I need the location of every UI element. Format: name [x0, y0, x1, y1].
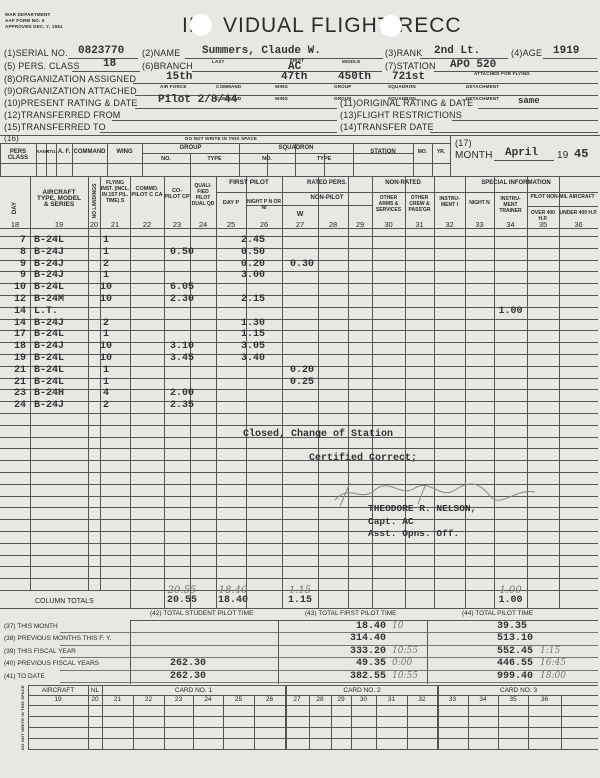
- group-subheader: NO.: [142, 156, 190, 162]
- column-number: 35: [527, 220, 559, 229]
- coding-col-header: WING: [107, 149, 142, 155]
- card-aircraft-header: AIRCRAFT: [28, 687, 88, 694]
- flight-day: 9: [0, 259, 26, 270]
- column-number: 20: [88, 220, 100, 229]
- flight-aircraft: B-24L: [34, 365, 88, 376]
- station-value: APO 520: [450, 59, 496, 71]
- coding-col-header: RTG.: [46, 149, 56, 155]
- total-pilot-value: 999.40: [497, 671, 533, 682]
- age-value: 1919: [553, 45, 579, 57]
- table-row: 21B-24L10.25: [0, 377, 598, 389]
- column-number: 28: [318, 220, 348, 229]
- transfer-date-label: (14)TRANSFER DATE: [340, 122, 434, 132]
- flight-co-pilot: 2.35: [164, 400, 200, 411]
- do-not-write-note: DO NOT WRITE IN THIS SPACE: [185, 136, 257, 141]
- flight-aircraft: B-24L: [34, 329, 88, 340]
- night-header: NIGHT N: [465, 200, 494, 206]
- flight-day: 14: [0, 318, 26, 329]
- first-pilot-value: 333.20: [350, 646, 386, 657]
- column-number: 32: [434, 220, 465, 229]
- flight-first-pilot-day: 1.30: [230, 318, 276, 329]
- flight-day: 9: [0, 270, 26, 281]
- flight-day: 21: [0, 377, 26, 388]
- flight-aircraft: B-24J: [34, 318, 88, 329]
- flight-day: 12: [0, 294, 26, 305]
- flight-first-pilot-day: 3.00: [230, 270, 276, 281]
- remark-closed: Closed, Change of Station: [243, 429, 393, 440]
- flight-day: 14: [0, 306, 26, 317]
- total-instrument-trainer-handwritten: 1.00: [494, 585, 527, 596]
- signer-title: Asst. Opns. Off.: [368, 528, 459, 539]
- card-column-number: 27: [285, 696, 309, 703]
- card-column-number: 19: [28, 696, 88, 703]
- table-row: 24B-24J22.35: [0, 400, 598, 412]
- sub-label: LAST: [212, 59, 225, 64]
- total-pilot-note: 18:00: [540, 671, 566, 681]
- column-number: 26: [246, 220, 282, 229]
- table-row: 19B-24L103.453.40: [0, 353, 598, 365]
- flight-landings: 1: [96, 365, 116, 376]
- flight-landings: 10: [96, 294, 116, 305]
- year-prefix: 19: [557, 150, 569, 161]
- total-instrument-trainer: 1.00: [494, 595, 527, 606]
- sub-label: ATTACHED FOR FLYING: [474, 71, 530, 76]
- total-co-pilot: 20.55: [164, 595, 200, 606]
- summary-row-label: (37) THIS MONTH: [4, 623, 58, 630]
- aircraft-header: AIRCRAFT TYPE, MODEL & SERIES: [34, 190, 84, 208]
- flight-landings: 1: [96, 235, 116, 246]
- card-side-note: DO NOT WRITE IN THIS SPACE: [20, 685, 25, 750]
- column-number: 29: [348, 220, 372, 229]
- column-number: 27: [282, 220, 318, 229]
- table-row: 10B-24L106.05: [0, 282, 598, 294]
- total-co-pilot-handwritten: 20.55: [164, 585, 200, 596]
- month-number: (17): [455, 138, 472, 148]
- table-row: 12B-24M102.302.15: [0, 294, 598, 306]
- under-400-header: UNDER 400 H.P.: [559, 210, 598, 216]
- flight-day: 19: [0, 353, 26, 364]
- table-row: 9B-24J13.00: [0, 270, 598, 282]
- qualified-pilot-header: QUALI-FIED PILOT DUAL QD: [190, 183, 216, 207]
- month-value: April: [505, 147, 538, 159]
- sub-label: MIDDLE: [342, 59, 360, 64]
- flight-landings: 10: [96, 282, 116, 293]
- card-1-header: CARD NO. 1: [102, 687, 285, 694]
- org-squadron: 721st: [392, 71, 425, 83]
- card-column-number: 29: [331, 696, 351, 703]
- name-label: (2)NAME: [142, 48, 180, 58]
- flight-aircraft: B-24L: [34, 235, 88, 246]
- flight-aircraft: B-24J: [34, 341, 88, 352]
- total-first-pilot-day: 18.40: [216, 595, 250, 606]
- rank-value: 2nd Lt.: [434, 45, 480, 57]
- summary-row-label: (38) PREVIOUS MONTHS THIS F. Y.: [4, 635, 111, 642]
- first-pilot-value: 314.40: [350, 633, 386, 644]
- coding-col-header: PERS CLASS: [0, 149, 36, 161]
- card-column-number: 26: [254, 696, 285, 703]
- flight-aircraft: B-24L: [34, 377, 88, 388]
- signer-rank: Capt. AC: [368, 516, 414, 527]
- flight-first-pilot-day: 2.15: [230, 294, 276, 305]
- command-pilot-header: COMMD. PILOT C CA: [130, 186, 164, 198]
- table-row: 23B-24H42.00: [0, 388, 598, 400]
- sub-label: AIR FORCE: [160, 84, 187, 89]
- column-totals-label: COLUMN TOTALS: [35, 598, 94, 605]
- summary-row-label: (40) PREVIOUS FISCAL YEARS: [4, 660, 99, 667]
- column-number: 21: [100, 220, 130, 229]
- flight-landings: 2: [96, 400, 116, 411]
- column-number: 18: [0, 220, 30, 229]
- flight-aircraft: B-24J: [34, 247, 88, 258]
- card-column-number: 20: [88, 696, 102, 703]
- column-number: 22: [130, 220, 164, 229]
- flight-first-pilot-day: 3.05: [230, 341, 276, 352]
- column-number: 31: [405, 220, 434, 229]
- coding-col-header: STATION: [353, 149, 413, 155]
- total-pilot-value: 446.55: [497, 658, 533, 669]
- column-number: 25: [216, 220, 246, 229]
- flight-non-pilot: 0.30: [286, 259, 318, 270]
- total-student-pilot-header: (42) TOTAL STUDENT PILOT TIME: [150, 610, 253, 617]
- card-column-number: 32: [407, 696, 437, 703]
- flight-landings: 10: [96, 341, 116, 352]
- total-first-pilot-day-handwritten: 18.40: [216, 585, 250, 596]
- serial-label: (1)SERIAL NO.: [4, 48, 68, 58]
- student-pilot-value: 262.30: [170, 658, 206, 669]
- flight-landings: 2: [96, 259, 116, 270]
- original-rating-value: same: [518, 96, 540, 106]
- form-title: INVIDUAL FLIGHT RECC: [182, 14, 462, 38]
- flight-non-pilot: 0.20: [286, 365, 318, 376]
- first-pilot-note: 10: [392, 621, 403, 631]
- punch-hole: [190, 14, 212, 36]
- flight-aircraft: B-24M: [34, 294, 88, 305]
- name-value: Summers, Claude W.: [202, 45, 321, 57]
- rated-pers-header: RATED PERS.: [282, 180, 372, 186]
- flight-day: 23: [0, 388, 26, 399]
- month-label: MONTH: [455, 150, 493, 161]
- flight-day: 10: [0, 282, 26, 293]
- flight-co-pilot: 2.30: [164, 294, 200, 305]
- total-first-pilot-header: (43) TOTAL FIRST PILOT TIME: [305, 610, 397, 617]
- total-non-pilot: 1.15: [282, 595, 318, 606]
- transferred-to-label: (15)TRANSFERRED TO: [4, 122, 106, 132]
- transferred-from-label: (12)TRANSFERRED FROM: [4, 110, 121, 120]
- first-pilot-day-header: DAY P: [216, 200, 246, 206]
- first-pilot-note: 10:55: [392, 646, 418, 656]
- card-3-header: CARD NO. 3: [439, 687, 598, 694]
- station-label: (7)STATION: [385, 61, 436, 71]
- day-header: DAY: [12, 195, 18, 221]
- non-rated-header: NON-RATED: [372, 180, 434, 186]
- total-pilot-note: 1:15: [540, 646, 560, 656]
- card-column-number: 22: [133, 696, 164, 703]
- flight-day: 8: [0, 247, 26, 258]
- landings-header: NO LANDINGS: [92, 176, 98, 226]
- group-subheader: TYPE: [190, 156, 239, 162]
- flight-co-pilot: 2.00: [164, 388, 200, 399]
- flight-aircraft: L.T.: [34, 306, 88, 317]
- coding-col-header: COMMAND: [72, 149, 107, 155]
- flight-day: 24: [0, 400, 26, 411]
- table-row: 7B-24L12.45: [0, 235, 598, 247]
- co-pilot-header: CO-PILOT CP: [164, 188, 190, 200]
- total-non-pilot-handwritten: 1.15: [282, 585, 318, 596]
- table-row: 14B-24J21.30: [0, 318, 598, 330]
- total-pilot-header: (44) TOTAL PILOT TIME: [462, 610, 533, 617]
- present-rating-value: Pilot 2/8/44: [158, 94, 237, 106]
- card-column-number: 30: [351, 696, 376, 703]
- squadron-subheader: TYPE: [295, 156, 353, 162]
- org-assigned-label: (8)ORGANIZATION ASSIGNED: [4, 74, 136, 84]
- flight-landings: 1: [96, 377, 116, 388]
- flight-instrument-trainer: 1.00: [494, 306, 527, 317]
- column-number: 33: [465, 220, 494, 229]
- column-number: 19: [30, 220, 88, 229]
- sub-label: WING: [275, 84, 288, 89]
- column-number: 30: [372, 220, 405, 229]
- flight-co-pilot: 6.05: [164, 282, 200, 293]
- sub-label: GROUP: [334, 84, 352, 89]
- sub-label: SQUADRON: [388, 84, 416, 89]
- section-16-number: (16): [4, 134, 19, 143]
- column-number: 34: [494, 220, 527, 229]
- flight-landings: 1: [96, 329, 116, 340]
- card-nl-header: NL: [88, 687, 102, 694]
- coding-col-header: SQUADRON: [239, 145, 353, 151]
- flight-first-pilot-day: 3.40: [230, 353, 276, 364]
- first-pilot-value: 18.40: [356, 621, 386, 632]
- year-value: 45: [574, 147, 588, 161]
- flight-co-pilot: 3.10: [164, 341, 200, 352]
- present-rating-label: (10)PRESENT RATING & DATE: [4, 98, 138, 108]
- summary-row-label: (41) TO DATE: [4, 673, 45, 680]
- first-pilot-header: FIRST PILOT: [216, 180, 282, 186]
- remark-certified: Certified Correct;: [309, 453, 417, 464]
- coding-col-header: YR.: [432, 149, 450, 155]
- first-pilot-note: 10:55: [392, 671, 418, 681]
- card-column-number: 34: [468, 696, 498, 703]
- form-identifier: WAR DEPARTMENT AAF FORM NO. 5 APPROVED D…: [5, 12, 63, 30]
- flight-aircraft: B-24H: [34, 388, 88, 399]
- flight-day: 17: [0, 329, 26, 340]
- coding-col-header: GROUP: [142, 145, 239, 151]
- serial-value: 0823770: [78, 45, 124, 57]
- flight-first-pilot-day: 2.45: [230, 235, 276, 246]
- pers-class-label: (5) PERS. CLASS: [4, 61, 80, 71]
- org-group: 450th: [338, 71, 371, 83]
- pers-class-value: 18: [103, 58, 116, 70]
- flight-aircraft: B-24L: [34, 282, 88, 293]
- non-pilot-w-header: W: [282, 212, 318, 218]
- flight-day: 18: [0, 341, 26, 352]
- other-crew-header: OTHER CREW & PASS'GR: [405, 195, 434, 213]
- card-column-number: 21: [102, 696, 133, 703]
- flight-landings: 4: [96, 388, 116, 399]
- card-column-number: 23: [164, 696, 193, 703]
- flight-landings: 1: [96, 270, 116, 281]
- flight-first-pilot-day: 0.20: [230, 259, 276, 270]
- card-column-number: 28: [309, 696, 331, 703]
- sub-label: COMMAND: [216, 84, 241, 89]
- table-row: 21B-24L10.20: [0, 365, 598, 377]
- card-column-number: 25: [223, 696, 254, 703]
- flight-aircraft: B-24J: [34, 270, 88, 281]
- special-info-header: SPECIAL INFORMATION: [434, 180, 598, 186]
- coding-col-header: A. F.: [56, 149, 72, 155]
- card-column-number: 36: [528, 696, 561, 703]
- org-air-force: 15th: [166, 71, 192, 83]
- card-2-header: CARD NO. 2: [287, 687, 437, 694]
- table-row: 17B-24L11.15: [0, 329, 598, 341]
- flight-aircraft: B-24J: [34, 259, 88, 270]
- student-pilot-value: 262.30: [170, 671, 206, 682]
- flight-day: 7: [0, 235, 26, 246]
- flight-day: 21: [0, 365, 26, 376]
- instrument-trainer-header: INSTRU-MENT TRAINER: [494, 196, 527, 214]
- flying-inst-header: FLYING INST. (INCL. IN 1ST PIL. TIME) S: [100, 180, 130, 204]
- flight-aircraft: B-24L: [34, 353, 88, 364]
- flight-co-pilot: 3.45: [164, 353, 200, 364]
- squadron-subheader: NO.: [239, 156, 295, 162]
- column-number: 23: [164, 220, 190, 229]
- first-pilot-value: 49.35: [356, 658, 386, 669]
- original-rating-label: (11)ORIGINAL RATING & DATE: [340, 98, 473, 108]
- first-pilot-note: 0:00: [392, 658, 412, 668]
- column-number: 24: [190, 220, 216, 229]
- flight-landings: 2: [96, 318, 116, 329]
- table-row: 18B-24J103.103.05: [0, 341, 598, 353]
- org-wing: 47th: [281, 71, 307, 83]
- signer-name: THEODORE R. NELSON,: [368, 503, 476, 514]
- card-column-number: 24: [193, 696, 223, 703]
- rank-label: (3)RANK: [385, 48, 422, 58]
- flight-first-pilot-day: 0.50: [230, 247, 276, 258]
- column-number: 36: [559, 220, 598, 229]
- flight-landings: 10: [96, 353, 116, 364]
- total-pilot-value: 552.45: [497, 646, 533, 657]
- non-pilot-header: NON-PILOT: [282, 195, 372, 201]
- summary-row-label: (39) THIS FISCAL YEAR: [4, 648, 76, 655]
- total-pilot-note: 16:45: [540, 658, 566, 668]
- first-pilot-night-header: NIGHT P N OR NI: [246, 199, 282, 211]
- org-attached-label: (9)ORGANIZATION ATTACHED: [4, 86, 137, 96]
- flight-aircraft: B-24J: [34, 400, 88, 411]
- table-row: 14L.T.1.00: [0, 306, 598, 318]
- flight-non-pilot: 0.25: [286, 377, 318, 388]
- sub-label: WING: [275, 96, 288, 101]
- age-label: (4)AGE: [511, 48, 542, 58]
- coding-col-header: MO.: [413, 149, 432, 155]
- approval-date: APPROVED DEC. 7, 1961: [5, 24, 63, 30]
- other-arms-header: OTHER ARMS & SERVICES: [372, 195, 405, 213]
- table-row: 9B-24J20.200.30: [0, 259, 598, 271]
- coding-col-header: RANK: [36, 149, 46, 155]
- pilot-non-mil-header: PILOT NON-MIL AIRCRAFT: [527, 194, 598, 200]
- total-pilot-value: 513.10: [497, 633, 533, 644]
- card-column-number: 35: [498, 696, 528, 703]
- flight-restrictions-label: (13)FLIGHT RESTRICTIONS: [340, 110, 462, 120]
- first-pilot-value: 382.55: [350, 671, 386, 682]
- flight-landings: 1: [96, 247, 116, 258]
- card-column-number: 31: [376, 696, 407, 703]
- total-pilot-value: 39.35: [497, 621, 527, 632]
- flight-first-pilot-day: 1.15: [230, 329, 276, 340]
- flight-co-pilot: 0.50: [164, 247, 200, 258]
- instrument-header: INSTRU-MENT I: [434, 196, 465, 208]
- punch-hole: [380, 15, 402, 37]
- table-row: 8B-24J10.500.50: [0, 247, 598, 259]
- sub-label: DETACHMENT: [466, 84, 499, 89]
- card-column-number: 33: [437, 696, 468, 703]
- branch-label: (6)BRANCH: [142, 61, 193, 71]
